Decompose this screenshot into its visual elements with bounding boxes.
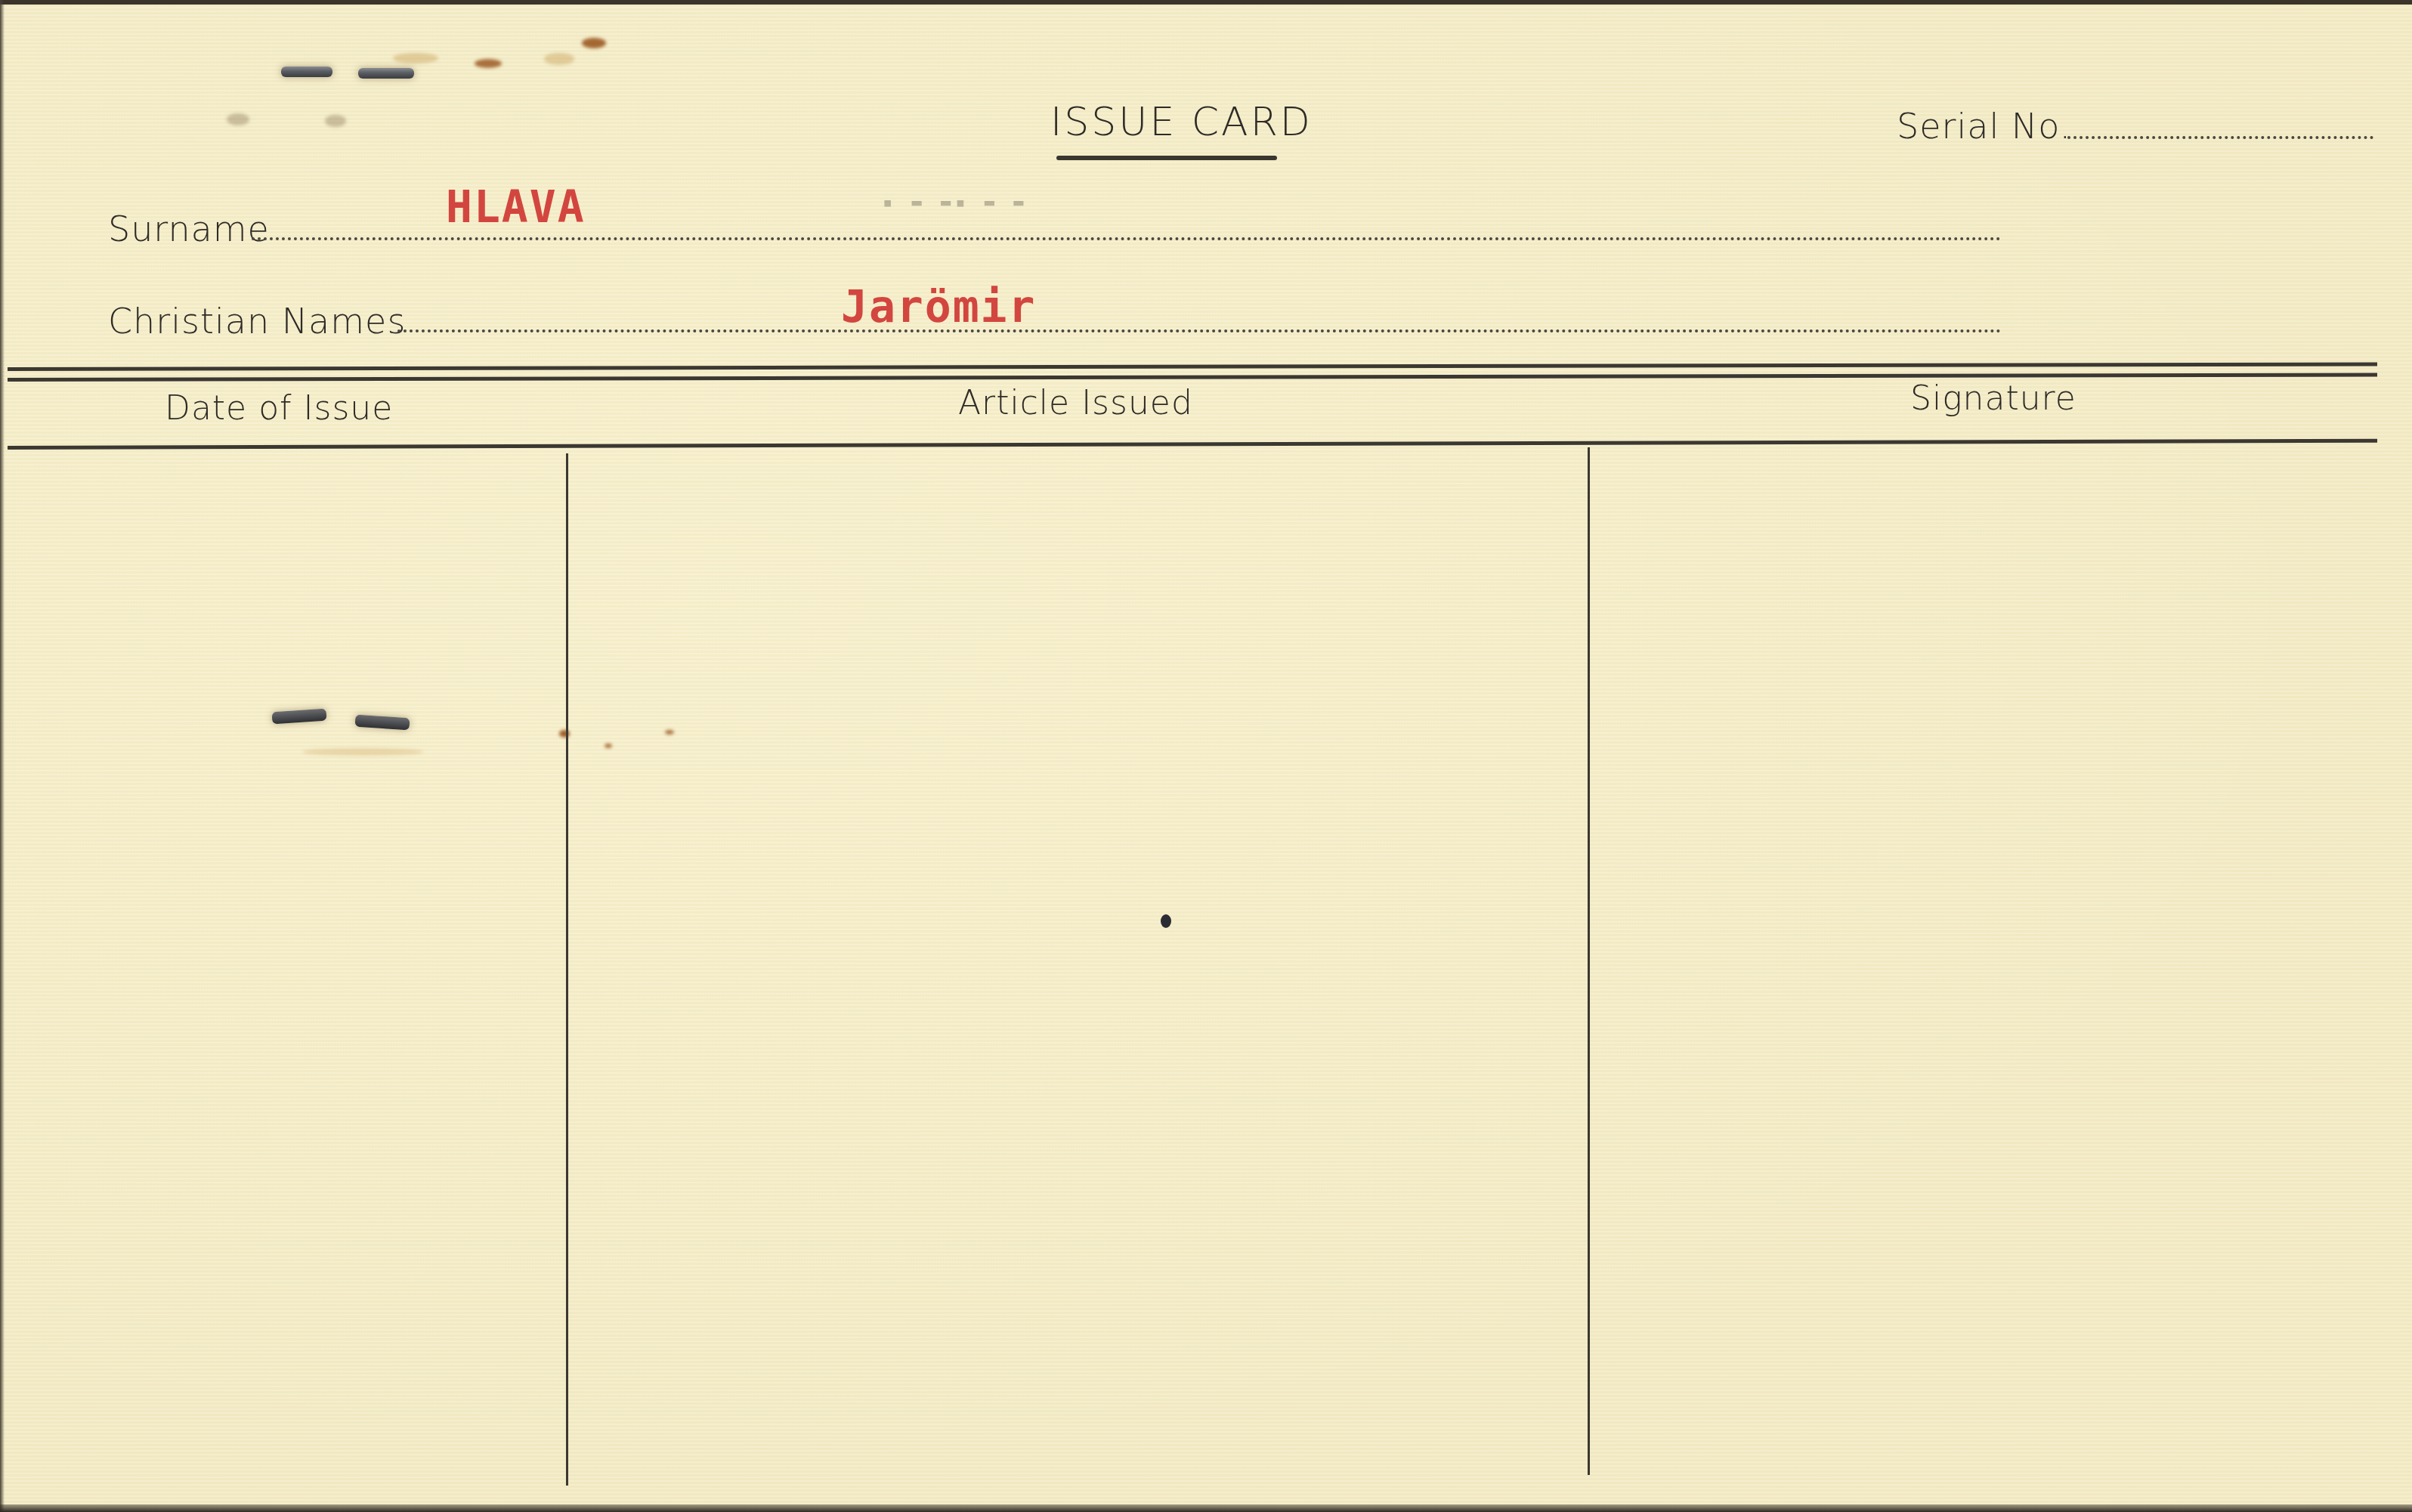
rust-stain xyxy=(393,53,438,63)
christian-names-value: Jarömir xyxy=(841,281,1036,332)
article-issued-column xyxy=(568,450,1587,1486)
staple-icon xyxy=(281,66,332,77)
double-rule-top xyxy=(8,362,2377,371)
card-edge-bottom xyxy=(0,1504,2412,1512)
surname-value: HLAVA xyxy=(446,181,586,233)
surname-label: Surname xyxy=(108,209,270,249)
card-edge-left xyxy=(0,0,5,1512)
card-title: ISSUE CARD xyxy=(1050,100,1313,145)
rust-stain xyxy=(325,115,346,127)
column-divider xyxy=(566,453,568,1486)
rust-stain xyxy=(475,59,502,68)
column-divider xyxy=(1588,447,1590,1475)
issue-card: ISSUE CARD Serial No. Surname HLAVA ▪ ▬ … xyxy=(0,0,2412,1512)
christian-names-dotted-line xyxy=(397,329,2002,332)
column-header-date-of-issue: Date of Issue xyxy=(165,389,393,428)
rust-stain xyxy=(544,53,574,65)
column-header-signature: Signature xyxy=(1910,379,2076,418)
date-of-issue-column xyxy=(8,450,565,1486)
staple-icon xyxy=(358,68,414,79)
surname-dotted-line xyxy=(252,237,2002,240)
header-bottom-rule xyxy=(8,439,2377,450)
rust-stain xyxy=(582,38,606,48)
serial-number-label: Serial No. xyxy=(1897,106,2071,147)
ink-spot xyxy=(1161,914,1171,928)
title-underline xyxy=(1056,156,1277,160)
christian-names-label: Christian Names xyxy=(108,301,406,342)
faded-typed-text: ▪ ▬ ▬▪ ▬ ▬ xyxy=(883,193,1028,212)
signature-column xyxy=(1590,450,2377,1486)
rust-stain xyxy=(227,113,249,125)
column-header-article-issued: Article Issued xyxy=(958,384,1193,422)
serial-number-field xyxy=(2067,136,2373,139)
card-edge-top xyxy=(0,0,2412,5)
